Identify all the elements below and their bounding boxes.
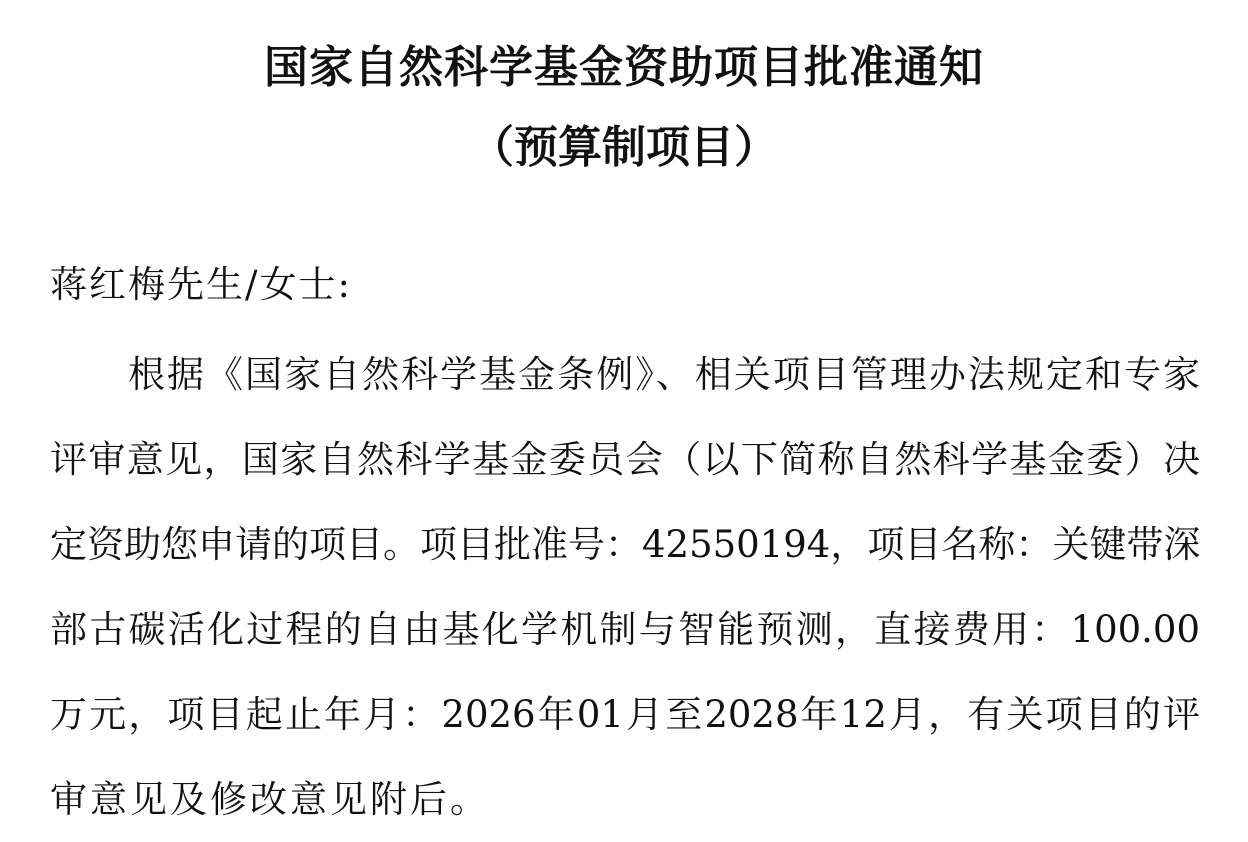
salutation: 蒋红梅先生/女士: [50, 258, 352, 312]
body-line: 部古碳活化过程的自由基化学机制与智能预测，直接费用：100.00 [50, 603, 1200, 657]
body-line: 定资助您申请的项目。项目批准号：42550194，项目名称：关键带深 [50, 518, 1200, 572]
body-line: 万元，项目起止年月：2026年01月至2028年12月，有关项目的评 [50, 688, 1200, 742]
document-title: 国家自然科学基金资助项目批准通知 [0, 38, 1248, 98]
body-line: 根据《国家自然科学基金条例》、相关项目管理办法规定和专家 [128, 348, 1200, 402]
body-line: 审意见及修改意见附后。 [50, 773, 1200, 827]
body-line: 评审意见，国家自然科学基金委员会（以下简称自然科学基金委）决 [50, 433, 1200, 487]
document-subtitle: （预算制项目） [0, 118, 1248, 178]
